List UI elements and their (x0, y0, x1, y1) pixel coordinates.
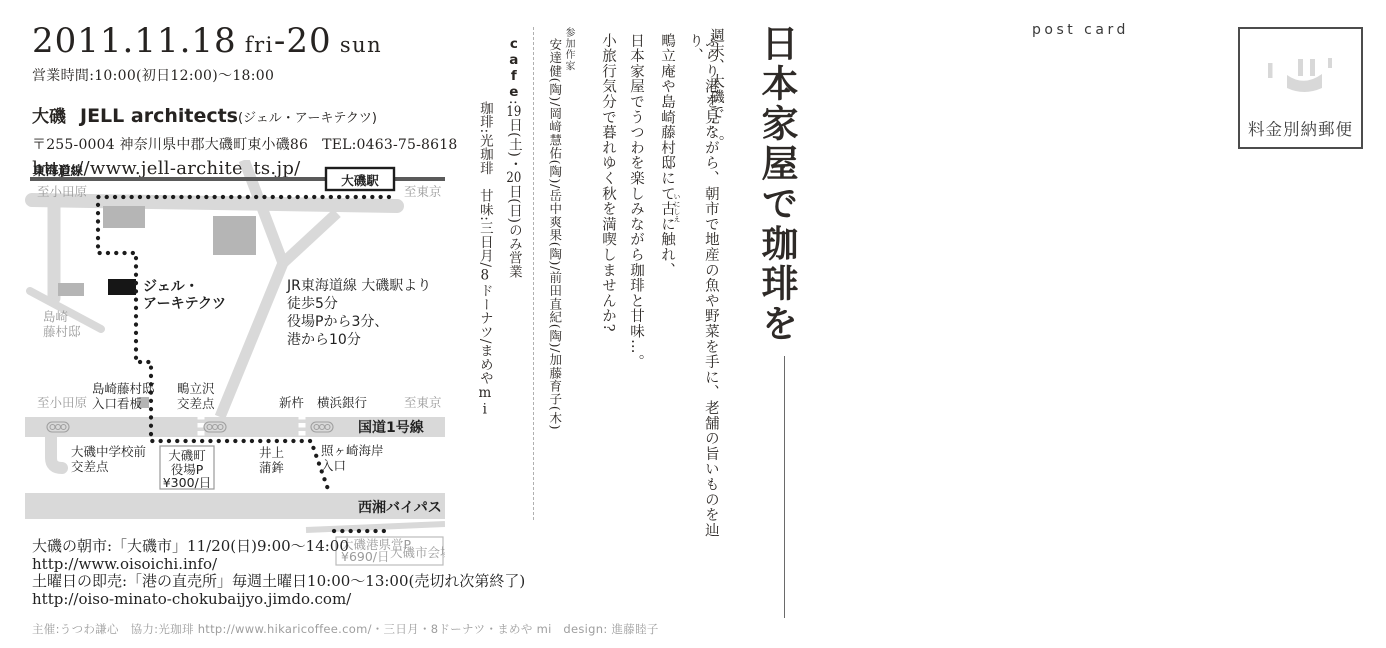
access-map: 東海道線 至小田原 大磯駅 至東京 ジェル・ アーキテクツ 島崎 藤村邸 JR東… (25, 160, 445, 585)
utsuwa-logo-icon (1262, 55, 1340, 103)
map-label-shigitatsuzawa-1: 鴫立沢 (177, 381, 215, 396)
cafe-rest: 日(日)のみ営業 (506, 184, 522, 278)
market-line: 土曜日の即売:「港の直売所」毎週土曜日10:00〜13:00(売切れ次第終了) (32, 573, 525, 591)
cafe-date-20: 20 (506, 171, 522, 185)
map-building (213, 216, 256, 255)
desc-col-3: 鴫立庵や島崎藤村邸にて古に触れ、 (658, 33, 674, 313)
venue-address-line: 〒255-0004 神奈川県中郡大磯町東小磯86TEL:0463-75-8618 (32, 134, 457, 154)
opening-hours: 営業時間:10:00(初日12:00)〜18:00 (32, 65, 457, 85)
date-main: 2011.11.18 (32, 21, 237, 61)
map-label-shigitatsuzawa-2: 交差点 (177, 396, 215, 411)
coffee-digit: 8 (477, 267, 493, 283)
map-label-inoue-2: 蒲鉾 (259, 460, 285, 475)
map-label-access-3: 役場Pから3分、 (287, 314, 388, 330)
venue-address: 〒255-0004 神奈川県中郡大磯町東小磯86 (32, 137, 308, 153)
map-label-jell-1: ジェル・ (143, 279, 199, 295)
map-label-access-1: JR東海道線 大磯駅より (286, 277, 431, 294)
coffee-sweets-column: 珈琲:光珈琲 甘味:三日月/8ドーナツ/まめやmi (477, 101, 492, 471)
map-label-kanban-2: 入口看板 (92, 396, 143, 411)
cafe-latin: cafe (506, 36, 522, 100)
map-road-diagonal-main (220, 263, 283, 417)
postcard-label: post card (1032, 22, 1129, 38)
map-label-access-2: 徒歩5分 (287, 295, 338, 312)
venue-area: 大磯 (32, 107, 66, 127)
map-label-seisho-bypass: 西湘バイパス (358, 499, 442, 516)
map-label-shimazaki-1: 島崎 (43, 309, 69, 324)
title-rule-line (784, 356, 785, 618)
map-label-shimazaki-2: 藤村邸 (43, 324, 81, 339)
map-label-access-4: 港から10分 (287, 332, 361, 348)
map-label-terugasaki-2: 入口 (321, 458, 346, 473)
participants-header: 参加作家 (563, 27, 574, 87)
map-label-terugasaki-1: 照ヶ崎海岸 (321, 443, 384, 458)
desc-col-5: 小旅行気分で暮れゆく秋を満喫しませんか? (599, 33, 615, 373)
map-label-jell-2: アーキテクツ (143, 296, 226, 312)
market-url: http://oiso-minato-chokubaijyo.jimdo.com… (32, 591, 525, 609)
coffee-latin-mi: mi (477, 385, 493, 418)
participants-names: 安達健(陶)/岡﨑慧佑(陶)/岳中爽果(陶)/前田直紀(陶)/加藤育子(木) (548, 38, 562, 458)
map-label-chugakko-2: 交差点 (71, 459, 109, 474)
map-building (58, 283, 84, 296)
desc-col-2: ぶらり港を見ながら、朝市で地産の魚や野菜を手に、老舗の旨いものを辿り、 (686, 33, 718, 553)
map-label-chugakko-1: 大磯中学校前 (71, 444, 146, 459)
credits-footer: 主催:うつわ謙心 協力:光珈琲 http://www.hikaricoffee.… (32, 621, 659, 637)
map-label-to-odawara-top: 至小田原 (37, 184, 88, 199)
market-url: http://www.oisoichi.info/ (32, 556, 525, 574)
postage-stamp-box: 料金別納郵便 (1238, 27, 1363, 149)
map-label-yakuba-1: 大磯町 (168, 448, 206, 463)
coffee-text-2: ドーナツ/まめや (477, 284, 493, 385)
map-label-tokaido-line: 東海道線 (33, 163, 84, 178)
date-sun: sun (332, 33, 383, 57)
market-line: 大磯の朝市:「大磯市」11/20(日)9:00〜14:00 (32, 538, 525, 556)
venue-kana: (ジェル・アーキテクツ) (238, 111, 377, 126)
desc-col-4: 日本家屋でうつわを楽しみながら珈琲と甘味…。 (627, 33, 643, 393)
map-label-route1: 国道1号線 (358, 419, 424, 436)
map-road-diagonal-b (283, 213, 337, 263)
map-road-top (32, 200, 397, 206)
map-building (103, 206, 145, 228)
morning-market-info: 大磯の朝市:「大磯市」11/20(日)9:00〜14:00 http://www… (32, 538, 525, 608)
map-label-shinkine: 新杵 (279, 395, 305, 410)
dashed-divider (533, 27, 534, 520)
cafe-mid: 日(土)・ (506, 118, 522, 171)
map-label-to-odawara-mid: 至小田原 (37, 395, 88, 410)
map-road-below-route1 (51, 437, 62, 468)
date-fri: fri (237, 33, 274, 57)
venue: 大磯JELL architects(ジェル・アーキテクツ) (32, 102, 457, 127)
map-label-to-tokyo-top: 至東京 (404, 184, 442, 199)
venue-name: JELL architects (80, 105, 238, 127)
furigana-inishie: いにしえ (672, 193, 682, 233)
map-label-yokohama-bank: 横浜銀行 (317, 395, 368, 410)
stamp-text: 料金別納郵便 (1240, 116, 1361, 140)
event-date: 2011.11.18 fri-20 sun (32, 24, 457, 58)
date-end: -20 (274, 21, 332, 61)
map-label-to-tokyo-mid: 至東京 (404, 395, 442, 410)
map-label-oiso-station: 大磯駅 (341, 173, 379, 188)
map-label-kanban-1: 島崎藤村邸 (92, 381, 155, 396)
cafe-date-19: 19 (506, 105, 522, 119)
cafe-schedule-column: cafe:19日(土)・20日(日)のみ営業 (506, 36, 521, 326)
event-header: 2011.11.18 fri-20 sun 営業時間:10:00(初日12:00… (32, 24, 457, 179)
venue-tel: TEL:0463-75-8618 (322, 137, 457, 153)
map-label-yakuba-3: ¥300/日 (163, 475, 212, 490)
coffee-text: 珈琲:光珈琲 甘味:三日月/ (477, 101, 493, 267)
map-label-inoue-1: 井上 (259, 445, 284, 460)
map-jell-building (108, 279, 136, 295)
main-title-calligraphy: 日本家屋で珈琲を (750, 24, 804, 364)
postcard: 2011.11.18 fri-20 sun 営業時間:10:00(初日12:00… (0, 0, 1386, 648)
